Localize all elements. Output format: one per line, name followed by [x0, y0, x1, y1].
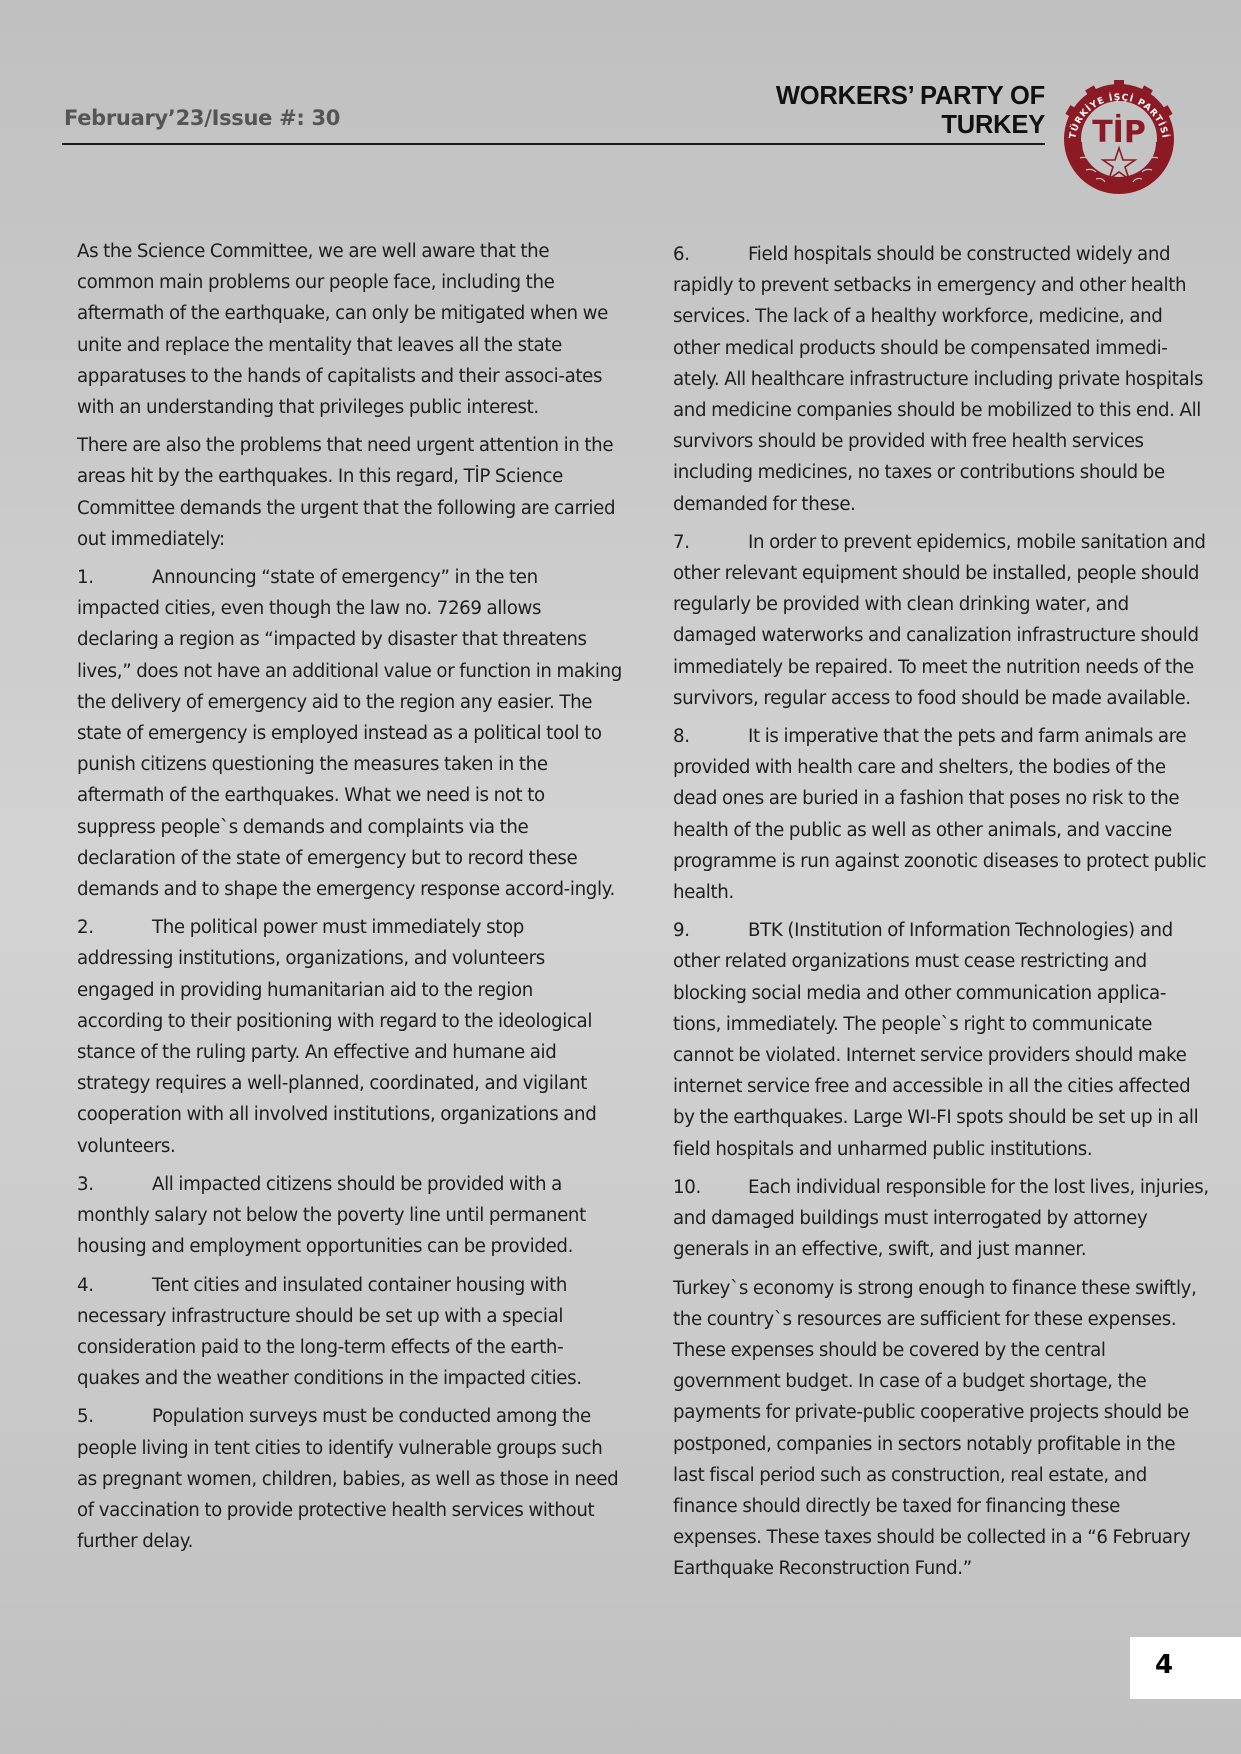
demand-number: 8.	[673, 721, 748, 752]
party-name-heading: WORKERS’ PARTY OF TURKEY	[670, 82, 1045, 140]
demand-number: 5.	[77, 1401, 152, 1432]
demand-item: 1.Announcing “state of emergency” in the…	[77, 562, 622, 905]
demand-text: In order to prevent epidemics, mobile sa…	[673, 532, 1206, 709]
svg-text:TİP: TİP	[1092, 114, 1146, 150]
left-column: As the Science Committee, we are well aw…	[77, 236, 622, 1564]
demand-item: 4.Tent cities and insulated container ho…	[77, 1270, 622, 1395]
demand-text: Each individual responsible for the lost…	[673, 1177, 1209, 1260]
demand-item: 7.In order to prevent epidemics, mobile …	[673, 527, 1210, 714]
demand-text: Population surveys must be conducted amo…	[77, 1406, 618, 1552]
demand-text: It is imperative that the pets and farm …	[673, 726, 1206, 903]
intro-paragraph: As the Science Committee, we are well aw…	[77, 236, 622, 423]
demand-item: 9.BTK (Institution of Information Techno…	[673, 915, 1210, 1165]
demand-item: 8.It is imperative that the pets and far…	[673, 721, 1210, 908]
page-number: 4	[1155, 1650, 1173, 1680]
demand-number: 2.	[77, 912, 152, 943]
demand-item: 5.Population surveys must be conducted a…	[77, 1401, 622, 1557]
issue-label: February’23/Issue #: 30	[64, 106, 340, 130]
closing-paragraph: Turkey`s economy is strong enough to fin…	[673, 1273, 1210, 1585]
demand-text: All impacted citizens should be provided…	[77, 1174, 586, 1257]
right-column: 6.Field hospitals should be constructed …	[673, 239, 1210, 1592]
page-number-box: 4	[1130, 1637, 1241, 1699]
demand-text: Announcing “state of emergency” in the t…	[77, 567, 622, 900]
demand-number: 3.	[77, 1169, 152, 1200]
header-rule	[62, 143, 1045, 145]
demand-item: 3.All impacted citizens should be provid…	[77, 1169, 622, 1263]
demand-number: 7.	[673, 527, 748, 558]
demand-number: 6.	[673, 239, 748, 270]
demand-number: 1.	[77, 562, 152, 593]
tip-party-emblem-icon: TÜRKİYE İŞÇİ PARTİSİ TİP	[1058, 78, 1180, 200]
demand-number: 10.	[673, 1172, 748, 1203]
demand-item: 2.The political power must immediately s…	[77, 912, 622, 1162]
demand-text: Field hospitals should be constructed wi…	[673, 244, 1203, 515]
demand-text: BTK (Institution of Information Technolo…	[673, 920, 1198, 1159]
demand-text: Tent cities and insulated container hous…	[77, 1275, 582, 1390]
demand-number: 9.	[673, 915, 748, 946]
demand-item: 6.Field hospitals should be constructed …	[673, 239, 1210, 520]
intro-paragraph: There are also the problems that need ur…	[77, 430, 622, 555]
demand-item: 10.Each individual responsible for the l…	[673, 1172, 1210, 1266]
demand-number: 4.	[77, 1270, 152, 1301]
demand-text: The political power must immediately sto…	[77, 917, 596, 1156]
